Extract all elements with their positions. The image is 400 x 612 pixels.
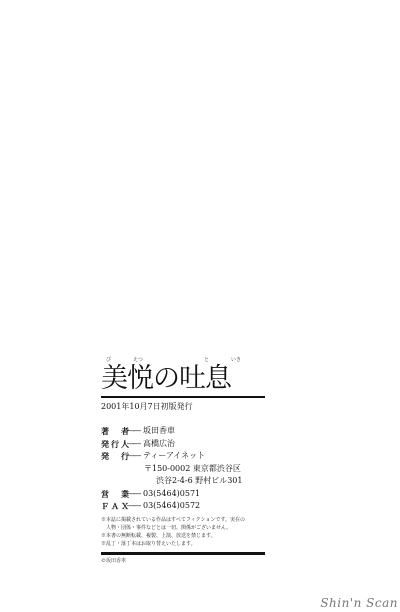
credit-dash: ―― [127,488,143,501]
ruby-etsu: えつ [133,356,143,363]
legal-notes: ※本誌に掲載されている作品はすべてフィクションです。実在の 人物・団体・事件など… [101,516,269,548]
contact-label: ＦＡＸ [101,500,127,513]
credit-dash: ―― [127,500,143,513]
credit-label: 著 者 [101,425,127,438]
ruby-to: と [204,356,209,363]
address-line-1: 〒150-0002 東京都渋谷区 [101,463,269,476]
scan-watermark: Shin'n Scan [320,596,398,610]
credit-dash: ―― [127,450,143,463]
title-rule [101,396,265,398]
author-name: 坂田香車 [143,425,269,438]
colophon: び えつ と いき 美悦の吐息 2001年10月7日初版発行 著 者 ―― 坂田… [101,356,269,565]
ruby-bi: び [106,356,111,363]
address-line-2: 渋谷2-4-6 野村ビル301 [101,475,269,488]
note-replacement: ※乱丁・落丁本はお取り替えいたします。 [101,540,269,548]
credit-label: 発行人 [101,438,127,451]
note-fiction: ※本誌に掲載されている作品はすべてフィクションです。実在の [101,516,269,524]
credit-publisher-person: 発行人 ―― 高橋広治 [101,438,269,451]
book-title: 美悦の吐息 [101,364,269,394]
note-fiction-cont: 人物・団体・事件などとは一切、関係がございません。 [101,524,269,532]
copyright-note: ©坂田香車 [101,557,269,565]
contact-fax: ＦＡＸ ―― 03(5464)0572 [101,500,269,513]
bottom-rule [101,552,265,555]
contact-sales: 営 業 ―― 03(5464)0571 [101,488,269,501]
credit-dash: ―― [127,438,143,451]
publisher-name: ティーアイネット [143,450,269,463]
credit-dash: ―― [127,425,143,438]
credit-author: 著 者 ―― 坂田香車 [101,425,269,438]
contact-label: 営 業 [101,488,127,501]
publisher-person-name: 高橋広治 [143,438,269,451]
ruby-iki: いき [231,356,241,363]
credit-publisher: 発 行 ―― ティーアイネット [101,450,269,463]
sales-phone: 03(5464)0571 [143,488,269,501]
title-ruby: び えつ と いき [101,356,269,364]
credit-label: 発 行 [101,450,127,463]
note-reproduction: ※本書の無断転載、複製、上演、放送を禁じます。 [101,532,269,540]
fax-number: 03(5464)0572 [143,500,269,513]
publication-date: 2001年10月7日初版発行 [101,401,269,413]
credits: 著 者 ―― 坂田香車 発行人 ―― 高橋広治 発 行 ―― ティーアイネット … [101,425,269,513]
